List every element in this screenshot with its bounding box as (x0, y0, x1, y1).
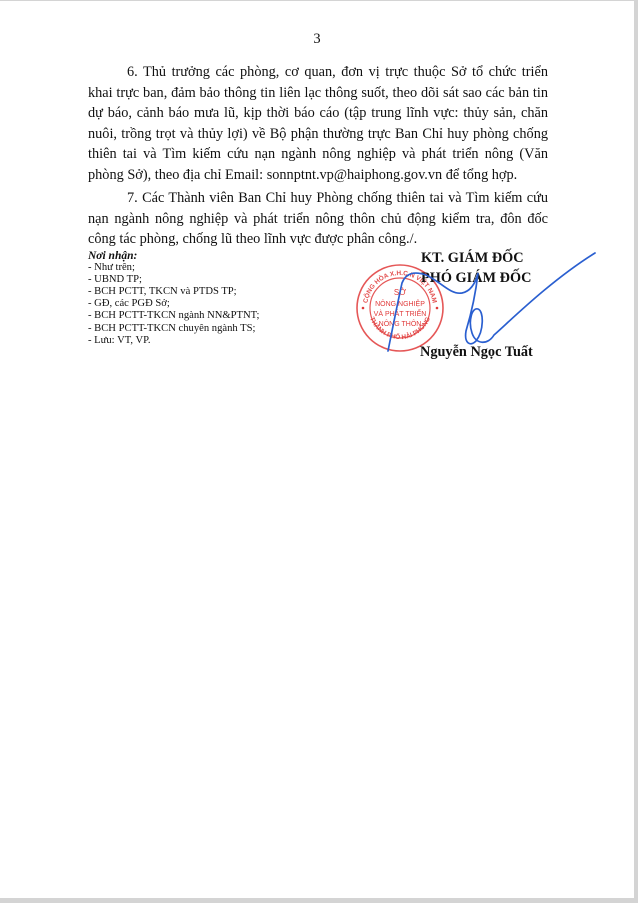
signer-title: KT. GIÁM ĐỐC (421, 250, 524, 267)
paragraph-text: 6. Thủ trưởng các phòng, cơ quan, đơn vị… (88, 62, 548, 186)
recipient-item: - BCH PCTT, TKCN và PTDS TP; (88, 286, 259, 298)
recipient-item: - GĐ, các PGĐ Sở; (88, 298, 259, 310)
document-page: 3 6. Thủ trưởng các phòng, cơ quan, đơn … (0, 1, 634, 898)
signer-name: Nguyễn Ngọc Tuất (420, 344, 533, 361)
page-number: 3 (0, 31, 634, 48)
recipient-item: - BCH PCTT-TKCN chuyên ngành TS; (88, 323, 259, 335)
recipient-item: - Như trên; (88, 262, 259, 274)
paragraph-7: 7. Các Thành viên Ban Chỉ huy Phòng chốn… (88, 188, 548, 250)
recipients-title: Nơi nhận: (88, 250, 259, 262)
recipient-item: - BCH PCTT-TKCN ngành NN&PTNT; (88, 310, 259, 322)
signature-block: KT. GIÁM ĐỐC PHÓ GIÁM ĐỐC Nguyễn Ngọc Tu… (375, 250, 585, 370)
recipients-list: Nơi nhận: - Như trên; - UBND TP; - BCH P… (88, 250, 259, 347)
paragraph-6: 6. Thủ trưởng các phòng, cơ quan, đơn vị… (88, 62, 548, 186)
signer-subtitle: PHÓ GIÁM ĐỐC (421, 270, 531, 287)
paragraph-text: 7. Các Thành viên Ban Chỉ huy Phòng chốn… (88, 188, 548, 250)
recipient-item: - Lưu: VT, VP. (88, 335, 259, 347)
recipient-item: - UBND TP; (88, 274, 259, 286)
